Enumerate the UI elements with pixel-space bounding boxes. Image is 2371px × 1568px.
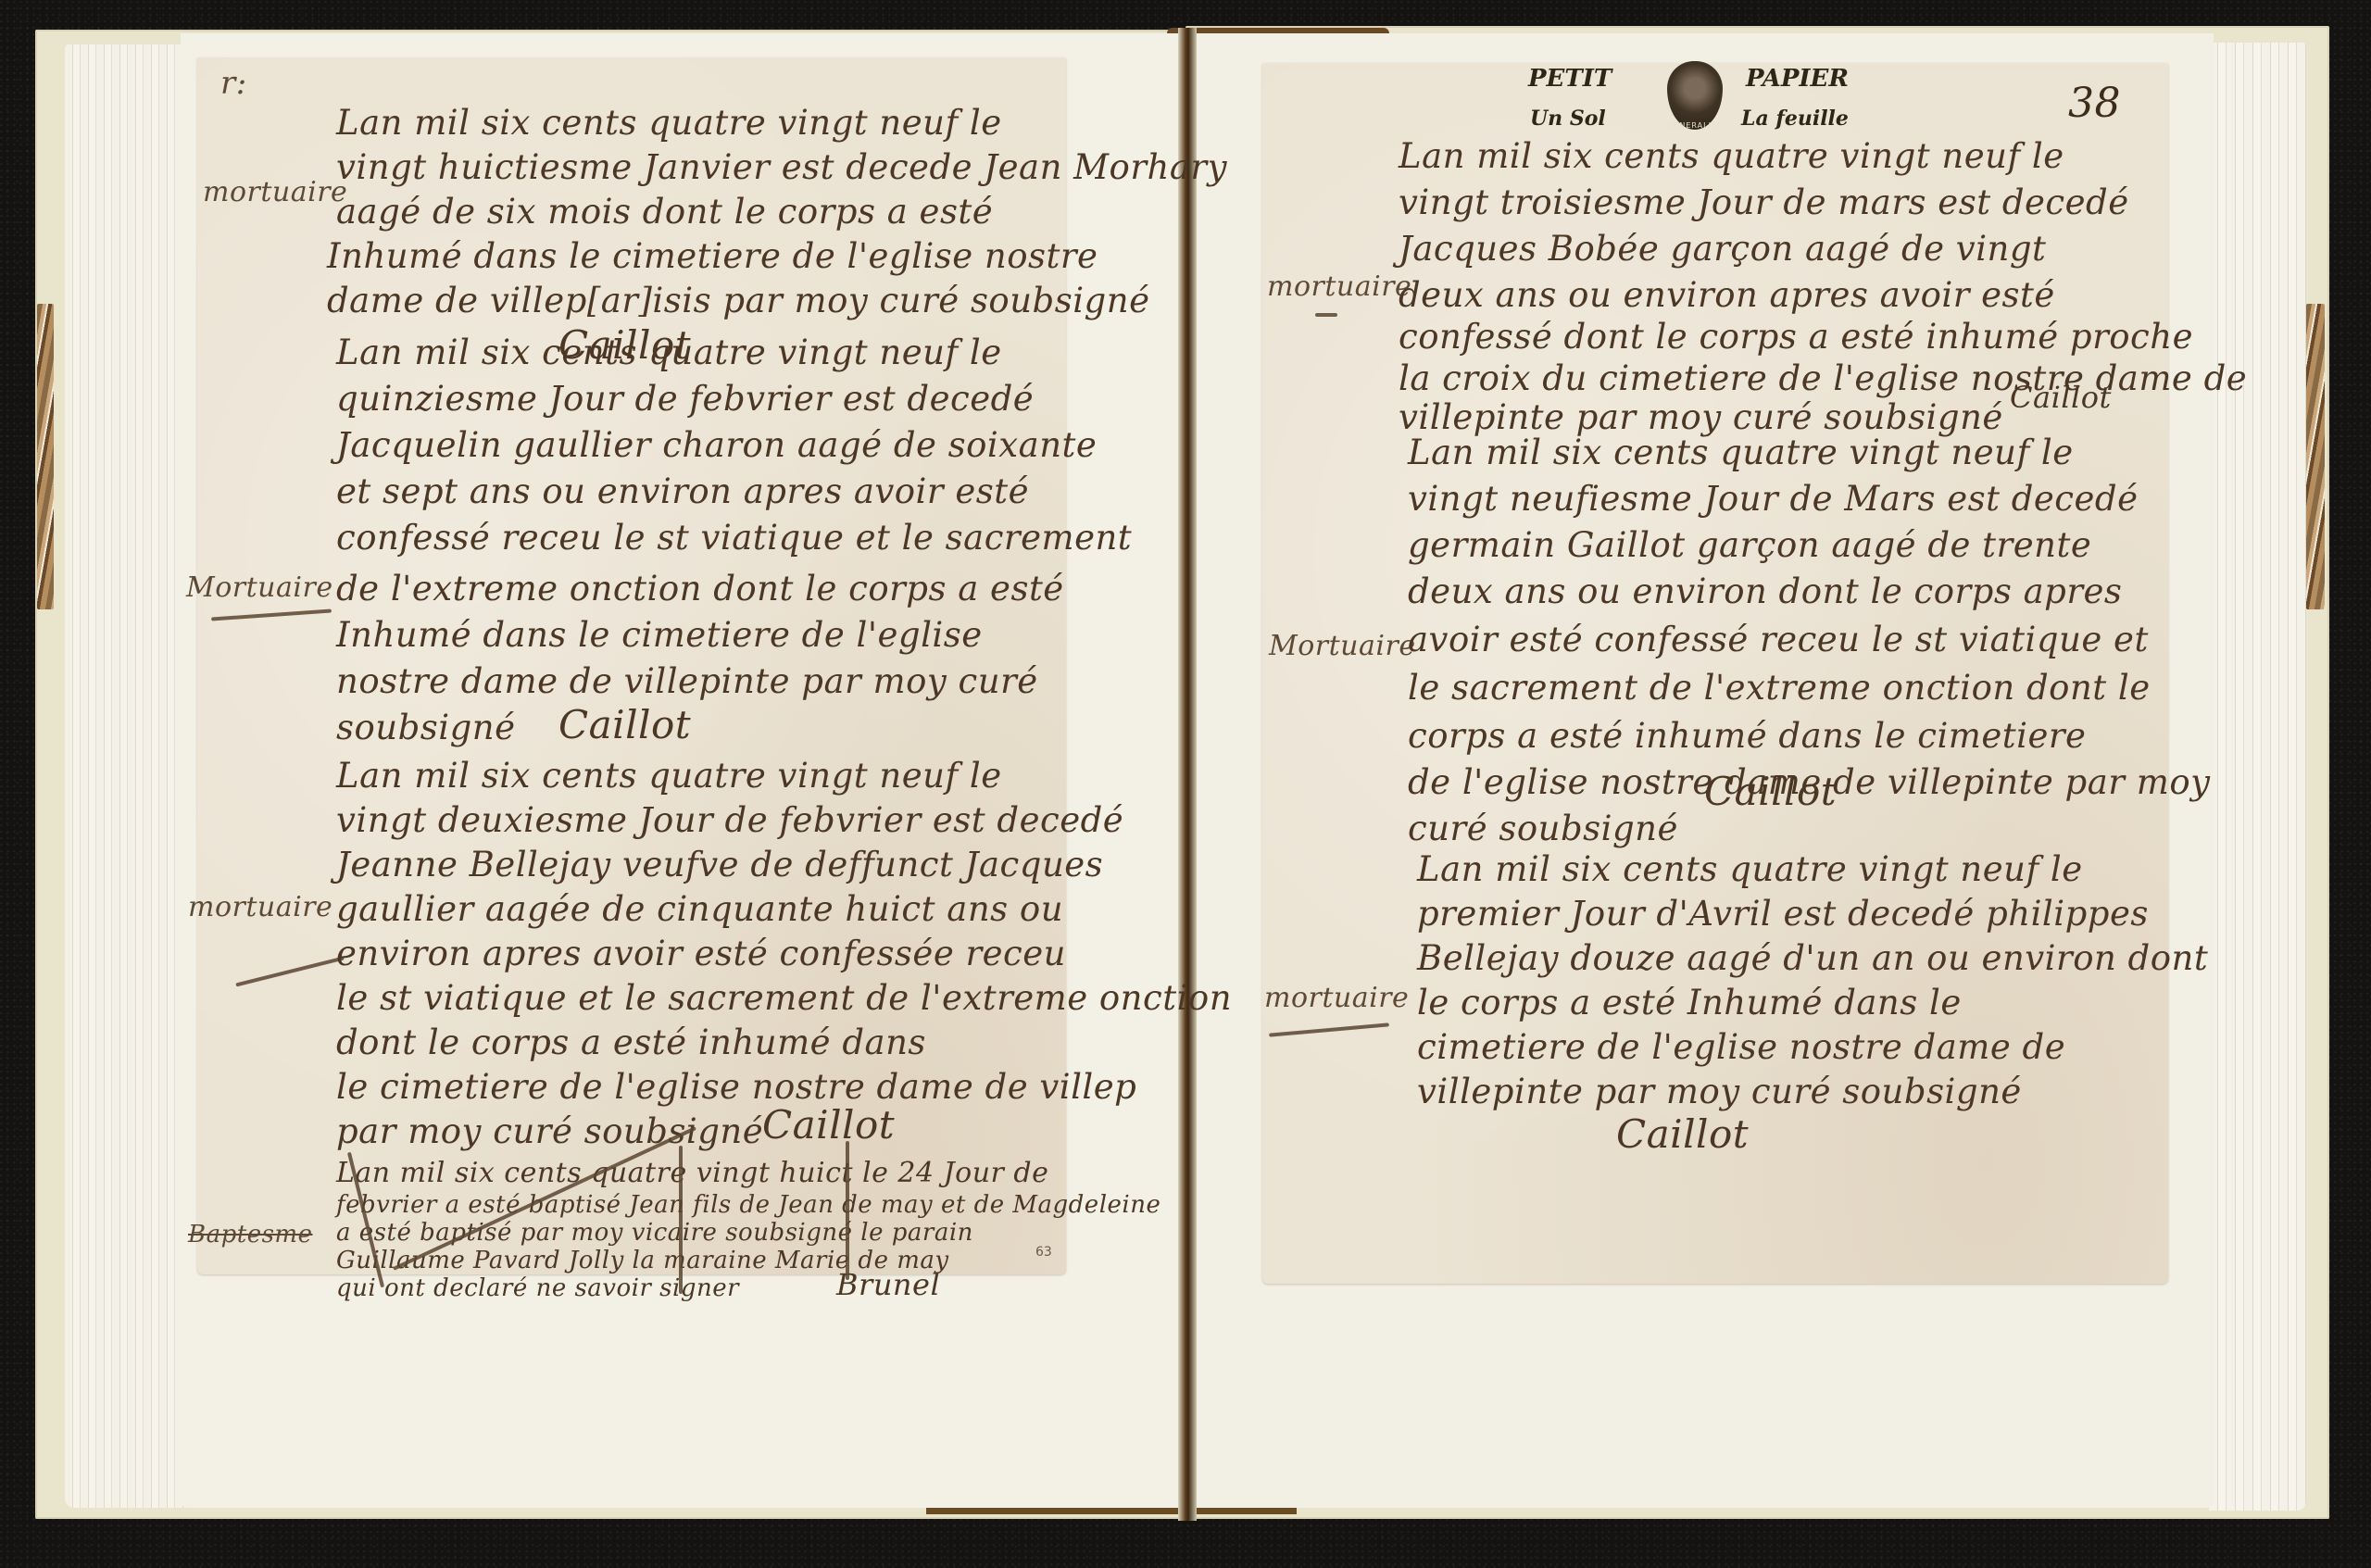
signature: Caillot <box>2010 380 2112 415</box>
entry-line: Jacques Bobée garçon aagé de vingt <box>1399 232 2046 266</box>
signature: Caillot <box>1616 1111 1749 1157</box>
entry-line: Lan mil six cents quatre vingt neuf le <box>336 106 1002 140</box>
entry-line: vingt troisiesme Jour de mars est decedé <box>1399 185 2129 220</box>
entry-line: villepinte par moy curé soubsigné <box>1417 1074 2022 1109</box>
entry-line: soubsigné <box>336 710 516 745</box>
entry-line: environ apres avoir esté confessée receu <box>336 936 1066 971</box>
entry-line: febvrier a esté baptisé Jean fils de Jea… <box>336 1193 1160 1217</box>
entry-line: deux ans ou environ dont le corps apres <box>1408 574 2122 608</box>
entry-line: le cimetiere de l'eglise nostre dame de … <box>336 1070 1136 1104</box>
entry-line: germain Gaillot garçon aagé de trente <box>1408 528 2091 562</box>
fore-edge-left <box>65 44 185 1508</box>
margin-note: Mortuaire <box>186 571 333 604</box>
entry-line: aagé de six mois dont le corps a esté <box>336 194 993 229</box>
entry-line: Lan mil six cents quatre vingt neuf le <box>1399 139 2064 173</box>
signature: Brunel <box>836 1267 940 1302</box>
entry-line: de l'extreme onction dont le corps a est… <box>336 571 1064 606</box>
entry-line: Lan mil six cents quatre vingt neuf le <box>336 759 1002 793</box>
entry-line: Inhumé dans le cimetiere de l'eglise nos… <box>327 239 1098 273</box>
cross-out-stroke <box>679 1146 683 1294</box>
cross-out-stroke <box>846 1141 849 1280</box>
margin-note: mortuaire <box>188 891 332 923</box>
entry-line: Jacquelin gaullier charon aagé de soixan… <box>336 428 1097 462</box>
entry-line: gaullier aagée de cinquante huict ans ou <box>336 892 1063 926</box>
marbled-edge-left <box>37 304 54 609</box>
signature: Caillot <box>558 702 691 747</box>
entry-line: premier Jour d'Avril est decedé philippe… <box>1417 897 2149 931</box>
entry-line: curé soubsigné <box>1408 811 1678 846</box>
entry-line: Inhumé dans le cimetiere de l'eglise <box>336 618 983 652</box>
entry-line: deux ans ou environ apres avoir esté <box>1399 278 2055 312</box>
entry-line: quinziesme Jour de febvrier est decedé <box>336 382 1034 416</box>
margin-stroke <box>1315 313 1337 317</box>
entry-line: Lan mil six cents quatre vingt huict le … <box>336 1160 1048 1187</box>
entry-line: vingt huictiesme Janvier est decede Jean… <box>336 150 1227 184</box>
entry-line: le corps a esté Inhumé dans le <box>1417 985 1962 1020</box>
entry-line: Lan mil six cents quatre vingt neuf le <box>1408 435 2074 470</box>
margin-stroke <box>235 957 344 987</box>
stamp-petit: PETIT <box>1528 65 1612 93</box>
left-manuscript-sheet: r: mortuaire Lan mil six cents quatre vi… <box>197 57 1066 1274</box>
stamp-emblem-text: GENERALITE <box>1667 121 1723 130</box>
gutter <box>1178 28 1197 1521</box>
entry-line: et sept ans ou environ apres avoir esté <box>336 474 1029 508</box>
entry-line: la croix du cimetiere de l'eglise nostre… <box>1399 361 2247 395</box>
entry-line: cimetiere de l'eglise nostre dame de <box>1417 1030 2065 1064</box>
fore-edge-right <box>2209 43 2306 1511</box>
margin-note: mortuaire <box>203 176 347 208</box>
stamp-la-feuille: La feuille <box>1741 107 1849 131</box>
margin-note: mortuaire <box>1264 982 1409 1014</box>
entry-line: confessé receu le st viatique et le sacr… <box>336 521 1132 555</box>
entry-line: Jeanne Bellejay veufve de deffunct Jacqu… <box>336 847 1103 882</box>
entry-line: le sacrement de l'extreme onction dont l… <box>1408 671 2151 705</box>
signature: Caillot <box>762 1102 895 1148</box>
entry-line: dame de villep[ar]isis par moy curé soub… <box>327 283 1149 318</box>
entry-line: avoir esté confessé receu le st viatique… <box>1408 622 2149 657</box>
entry-line: Bellejay douze aagé d'un an ou environ d… <box>1417 941 2208 975</box>
folio-number: 38 <box>2068 80 2121 127</box>
entry-line: Lan mil six cents quatre vingt neuf le <box>1417 852 2083 886</box>
signature: Caillot <box>1704 769 1837 814</box>
corner-mark: r: <box>220 65 247 102</box>
entry-line: villepinte par moy curé soubsigné <box>1399 400 2003 434</box>
entry-line: confessé dont le corps a esté inhumé pro… <box>1399 320 2193 354</box>
margin-stroke <box>211 608 332 621</box>
sheet-number: 63 <box>1035 1245 1052 1260</box>
marbled-edge-right <box>2306 304 2325 609</box>
entry-line: vingt deuxiesme Jour de febvrier est dec… <box>336 803 1123 837</box>
stamp-papier: PAPIER <box>1746 65 1849 93</box>
entry-line: corps a esté inhumé dans le cimetiere <box>1408 719 2086 753</box>
entry-line: Lan mil six cents quatre vingt neuf le <box>336 335 1002 370</box>
entry-line: par moy curé soubsigné <box>336 1114 763 1148</box>
stamp-un-sol: Un Sol <box>1530 107 1606 131</box>
margin-note: mortuaire <box>1267 270 1411 303</box>
entry-line: le st viatique et le sacrement de l'extr… <box>336 981 1232 1015</box>
entry-line: nostre dame de villepinte par moy curé <box>336 664 1038 698</box>
margin-note: Baptesme <box>188 1221 312 1248</box>
entry-line: a esté baptisé par moy vicaire soubsigné… <box>336 1221 973 1245</box>
entry-line: dont le corps a esté inhumé dans <box>336 1025 926 1060</box>
margin-note: Mortuaire <box>1269 630 1416 662</box>
entry-line: vingt neufiesme Jour de Mars est decedé <box>1408 482 2139 516</box>
